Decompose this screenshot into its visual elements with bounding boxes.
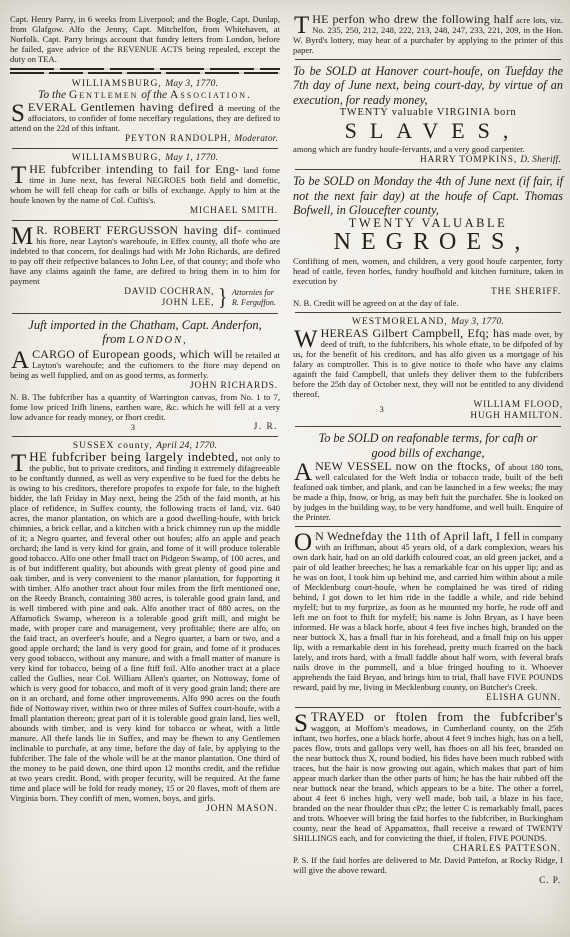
signature-role: D. Sheriff. bbox=[520, 155, 561, 165]
gunn-signature: ELISHA GUNN. bbox=[293, 693, 561, 703]
notice-lead: N Wednefday the 11th of April laft, I fe… bbox=[315, 529, 520, 543]
smith-sale-notice: T HE fubfcriber intending to fail for En… bbox=[10, 164, 280, 205]
signature-name: JOHN RICHARDS. bbox=[190, 381, 278, 391]
insertion-number: 3 bbox=[293, 400, 470, 414]
campbell-signature-block: 3 WILLIAM FLOOD, HUGH HAMILTON. bbox=[293, 400, 563, 422]
mason-signature: JOHN MASON. bbox=[10, 804, 278, 814]
section-divider bbox=[295, 59, 561, 60]
hanover-body: among which are fundry houfe-fervants, a… bbox=[293, 144, 563, 154]
section-divider-heavy bbox=[10, 68, 280, 74]
drop-cap: O bbox=[293, 531, 315, 552]
brace-glyph: } bbox=[218, 287, 227, 309]
notice-lead: NEW VESSEL now on the ftocks, of bbox=[315, 459, 505, 473]
signature-name: WILLIAM FLOOD, bbox=[470, 400, 563, 411]
signature-role: Moderator. bbox=[234, 134, 278, 144]
vessel-heading-line1: To be SOLD on reafonable terms, for cafh… bbox=[293, 431, 563, 445]
vessel-sale-heading: To be SOLD on reafonable terms, for cafh… bbox=[293, 431, 563, 460]
signature-name: JOHN LEE, bbox=[124, 298, 214, 309]
newspaper-page: Capt. Henry Parry, in 6 weeks from Liver… bbox=[0, 0, 570, 937]
signature-name: JOHN MASON. bbox=[206, 804, 278, 814]
association-heading: To the Gentlemen of the Association. bbox=[10, 90, 280, 100]
notice-body: in company with an Irifhman, about 45 ye… bbox=[293, 532, 563, 692]
imported-heading-from: from bbox=[102, 332, 125, 346]
tompkins-signature: HARRY TOMPKINS, D. Sheriff. bbox=[293, 155, 561, 165]
section-divider bbox=[295, 169, 561, 170]
imported-heading: Juft imported in the Chatham, Capt. Ande… bbox=[10, 318, 280, 348]
section-divider bbox=[295, 426, 561, 427]
vessel-heading-line2: good bills of exchange, bbox=[293, 446, 563, 460]
drop-cap: A bbox=[293, 461, 315, 482]
section-divider bbox=[12, 313, 278, 314]
signature-name: HARRY TOMPKINS, bbox=[420, 155, 517, 165]
cargo-trailer: 3 J. R. bbox=[12, 422, 278, 432]
patteson-postscript: P. S. If the faid horfes are delivered t… bbox=[293, 855, 563, 875]
drop-cap: T bbox=[10, 164, 29, 185]
right-column: T HE perfon who drew the following half … bbox=[293, 14, 563, 931]
fergusson-notice: M R. ROBERT FERGUSSON having dif- contin… bbox=[10, 225, 280, 286]
notice-lead: CARGO of European goods, which will bbox=[32, 347, 233, 361]
campbell-trust-notice: W HEREAS Gilbert Campbell, Efq; has made… bbox=[293, 328, 563, 399]
signature-name: DAVID COCHRAN, bbox=[124, 287, 214, 298]
strayed-horses-notice: S TRAYED or ftolen from the fubfcriber's… bbox=[293, 712, 563, 843]
signature-names: WILLIAM FLOOD, HUGH HAMILTON. bbox=[470, 400, 563, 422]
drop-cap: T bbox=[10, 452, 29, 473]
boswell-body: Confifting of men, women, and children, … bbox=[293, 256, 563, 286]
association-signature: PEYTON RANDOLPH, Moderator. bbox=[10, 134, 278, 144]
hanover-sale-heading: To be SOLD at Hanover court-houfe, on Tu… bbox=[293, 64, 563, 107]
patteson-signature: CHARLES PATTESON. bbox=[293, 844, 561, 854]
hanover-cap-line: TWENTY valuable VIRGINIA born bbox=[293, 108, 563, 118]
signature-initials: J. R. bbox=[254, 422, 278, 432]
signature-name: CHARLES PATTESON. bbox=[453, 844, 561, 854]
section-divider bbox=[12, 148, 278, 149]
negroes-display-line: NEGROES, bbox=[293, 228, 563, 256]
section-divider bbox=[12, 220, 278, 221]
cargo-notice: A CARGO of European goods, which will be… bbox=[10, 349, 280, 380]
dateline-place: WILLIAMSBURG, bbox=[72, 78, 162, 89]
drop-cap: W bbox=[293, 328, 321, 349]
cargo-postscript: N. B. The fubfcriber has a quantity of W… bbox=[10, 392, 280, 422]
signature-name: ELISHA GUNN. bbox=[486, 693, 561, 703]
notice-body: not only to the public, but to private c… bbox=[10, 453, 280, 803]
association-notice: S EVERAL Gentlemen having defired a meet… bbox=[10, 102, 280, 133]
left-column: Capt. Henry Parry, in 6 weeks from Liver… bbox=[10, 14, 280, 931]
slaves-display-line: SLAVES, bbox=[293, 118, 563, 144]
notice-lead: HE fubfcriber being largely indebted, bbox=[29, 449, 238, 464]
boswell-nb: N. B. Credit will be agreed on at the da… bbox=[293, 298, 563, 308]
smith-signature: MICHAEL SMITH. bbox=[10, 206, 278, 216]
signature-roles: Attornies for R. Ferguffon. bbox=[232, 288, 276, 308]
section-divider bbox=[12, 436, 278, 437]
section-divider bbox=[295, 312, 561, 313]
drop-cap: M bbox=[10, 225, 36, 246]
notice-lead: HE perfon who drew the following half bbox=[312, 12, 513, 26]
sheriff-signature: THE SHERIFF. bbox=[293, 287, 561, 297]
signature-name: PEYTON RANDOLPH, bbox=[125, 134, 231, 144]
drop-cap: A bbox=[10, 349, 32, 370]
notice-body: waggon, at Moffom's meadows, in Cumberla… bbox=[293, 723, 563, 843]
richards-signature: JOHN RICHARDS. bbox=[10, 381, 278, 391]
signature-initials: C. P. bbox=[539, 876, 561, 886]
signature-role: Attornies for bbox=[232, 288, 276, 298]
imported-heading-london: LONDON, bbox=[129, 335, 188, 346]
notice-lead: R. ROBERT FERGUSSON having dif- bbox=[36, 223, 241, 237]
boswell-cap-line: TWENTY VALUABLE bbox=[293, 218, 563, 228]
signature-name: MICHAEL SMITH. bbox=[190, 206, 278, 216]
signature-name: HUGH HAMILTON. bbox=[470, 411, 563, 422]
drop-cap: S bbox=[293, 712, 311, 733]
signature-role: R. Ferguffon. bbox=[232, 298, 276, 308]
signature-names: DAVID COCHRAN, JOHN LEE, bbox=[124, 287, 214, 309]
gunn-horse-notice: O N Wednefday the 11th of April laft, I … bbox=[293, 531, 563, 692]
vessel-notice: A NEW VESSEL now on the ftocks, of about… bbox=[293, 461, 563, 522]
notice-lead: HEREAS Gilbert Campbell, Efq; has bbox=[321, 326, 510, 340]
signature-name: THE SHERIFF. bbox=[491, 287, 561, 297]
notice-lead: HE fubfcriber intending to fail for Eng- bbox=[29, 162, 239, 176]
notice-lead: TRAYED or ftolen from the fubfcriber's bbox=[311, 709, 563, 724]
shipping-news-fragment: Capt. Henry Parry, in 6 weeks from Liver… bbox=[10, 14, 280, 64]
section-divider bbox=[295, 707, 561, 708]
dateline-williamsburg-may3: WILLIAMSBURG, May 3, 1770. bbox=[10, 79, 280, 89]
imported-heading-line2: from LONDON, bbox=[10, 332, 280, 348]
notice-body: made over, by deed of truft, to the fubf… bbox=[293, 329, 563, 399]
sussex-land-sale-notice: T HE fubfcriber being largely indebted, … bbox=[10, 452, 280, 803]
fergusson-signature-block: DAVID COCHRAN, JOHN LEE, } Attornies for… bbox=[10, 287, 276, 309]
notice-lead: EVERAL Gentlemen having defired a bbox=[28, 100, 224, 114]
lottery-notice: T HE perfon who drew the following half … bbox=[293, 14, 563, 55]
imported-heading-line1: Juft imported in the Chatham, Capt. Ande… bbox=[10, 318, 280, 332]
patteson-ps-initials: C. P. bbox=[293, 876, 561, 886]
drop-cap: S bbox=[10, 102, 28, 123]
boswell-sale-heading: To be SOLD on Monday the 4th of June nex… bbox=[293, 174, 563, 217]
insertion-number: 3 bbox=[12, 422, 254, 432]
section-divider bbox=[295, 526, 561, 527]
drop-cap: T bbox=[293, 14, 312, 35]
dateline-date: May 3, 1770. bbox=[165, 78, 218, 89]
